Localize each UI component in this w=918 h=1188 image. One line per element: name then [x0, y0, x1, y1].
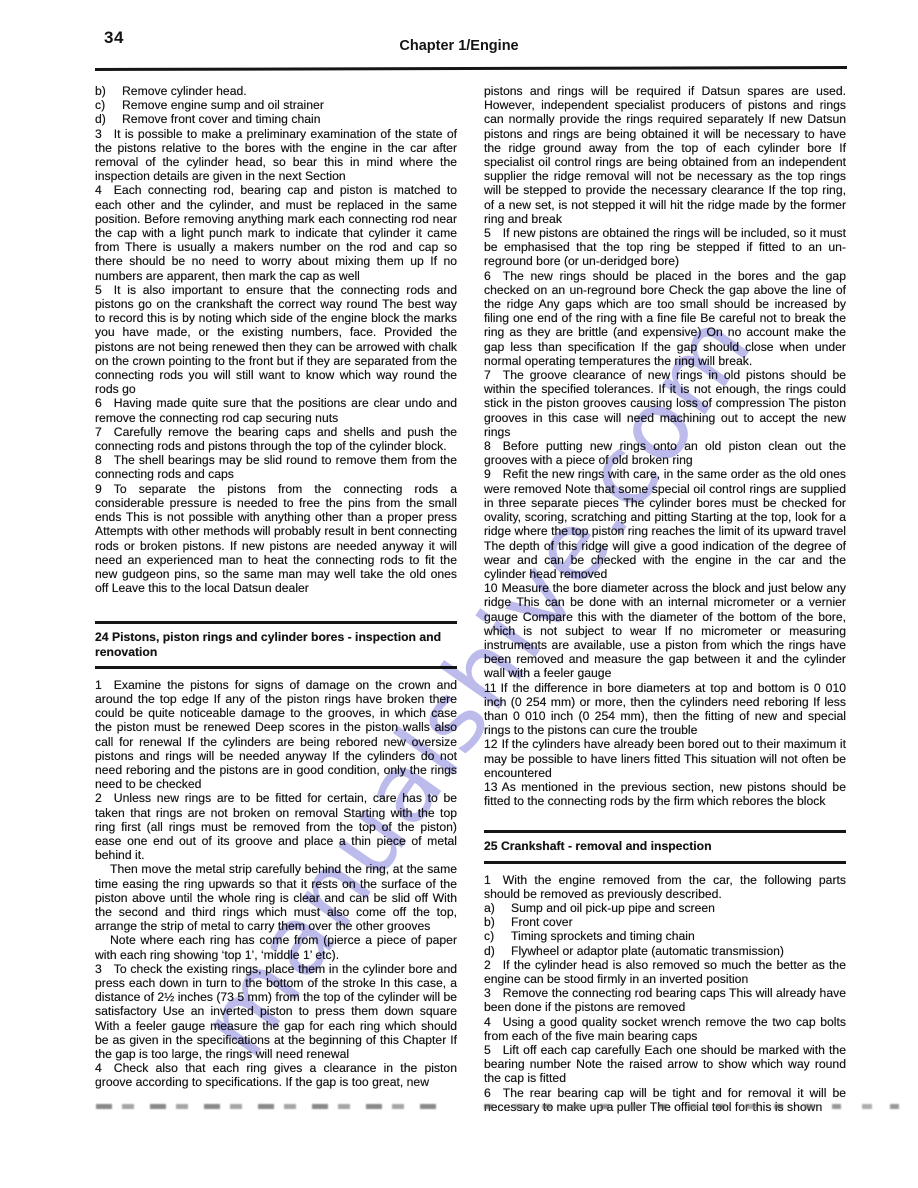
paragraph-text: 2Unless new rings are to be fitted for c…: [95, 791, 457, 862]
paragraph-text: 12If the cylinders have already been bor…: [484, 737, 846, 780]
paragraph: 4Using a good quality socket wrench remo…: [484, 1015, 846, 1043]
paragraph: 3Remove the connecting rod bearing caps …: [484, 986, 846, 1014]
list-item-label: c): [484, 929, 511, 943]
section-heading: 25 Crankshaft - removal and inspection: [484, 830, 846, 863]
paragraph-text: 8The shell bearings may be slid round to…: [95, 453, 457, 481]
paragraph-text: 3To check the existing rings, place them…: [95, 962, 457, 1061]
paragraph-text: 2If the cylinder head is also removed so…: [484, 958, 846, 986]
paragraph-number: 5: [484, 226, 491, 240]
paragraph: 11If the difference in bore diameters at…: [484, 681, 846, 738]
paragraph: 8Before putting new rings onto an old pi…: [484, 439, 846, 467]
paragraph-number: 5: [95, 283, 102, 297]
paragraph-continuation: Then move the metal strip carefully behi…: [95, 862, 457, 933]
paragraph-number: 2: [484, 958, 491, 972]
paragraph-number: 6: [95, 396, 102, 410]
paragraph: 6The new rings should be placed in the b…: [484, 269, 846, 368]
paragraph-number: 2: [95, 791, 102, 805]
list-item-label: b): [95, 84, 122, 98]
paragraph-text: pistons and rings will be required if Da…: [484, 84, 846, 226]
list-item-label: d): [95, 112, 122, 126]
paragraph-text: 1With the engine removed from the car, t…: [484, 873, 846, 901]
paragraph-text: 1Examine the pistons for signs of damage…: [95, 678, 457, 792]
paragraph-text: 4Check also that each ring gives a clear…: [95, 1061, 457, 1089]
lettered-list: b)Remove cylinder head.c)Remove engine s…: [95, 84, 457, 127]
paragraph-number: 4: [484, 1015, 491, 1029]
header-rule: [95, 66, 847, 71]
paragraph: 3To check the existing rings, place them…: [95, 962, 457, 1061]
list-item: c)Remove engine sump and oil strainer: [95, 98, 457, 112]
list-item-text: Sump and oil pick-up pipe and screen: [511, 901, 846, 915]
paragraph-number: 4: [95, 1061, 102, 1075]
paragraph: 9Refit the new rings with care, in the s…: [484, 467, 846, 581]
paragraph-number: 3: [95, 127, 102, 141]
paragraph-text: 10Measure the bore diameter across the b…: [484, 581, 846, 680]
section-heading: 24 Pistons, piston rings and cylinder bo…: [95, 621, 457, 668]
paragraph-number: 6: [484, 269, 491, 283]
paragraph-number: 1: [95, 678, 102, 692]
paragraph-text: 4Using a good quality socket wrench remo…: [484, 1015, 846, 1043]
paragraph-text: 7The groove clearance of new rings in ol…: [484, 368, 846, 439]
list-item: d)Flywheel or adaptor plate (automatic t…: [484, 944, 846, 958]
paragraph-number: 8: [484, 439, 491, 453]
paragraph-number: 4: [95, 183, 102, 197]
paragraph: 7The groove clearance of new rings in ol…: [484, 368, 846, 439]
paragraph: 6The rear bearing cap will be tight and …: [484, 1086, 846, 1114]
paragraph-continuation: Note where each ring has come from (pier…: [95, 933, 457, 961]
right-column: pistons and rings will be required if Da…: [484, 84, 846, 1114]
paragraph-text: 6The new rings should be placed in the b…: [484, 269, 846, 368]
paragraph-text: 9To separate the pistons from the connec…: [95, 482, 457, 596]
paragraph-text: 7Carefully remove the bearing caps and s…: [95, 425, 457, 453]
paragraph-text: 8Before putting new rings onto an old pi…: [484, 439, 846, 467]
paragraph: 5It is also important to ensure that the…: [95, 283, 457, 397]
paragraph-text: 13As mentioned in the previous section, …: [484, 780, 846, 808]
paragraph-number: 8: [95, 453, 102, 467]
list-item-text: Front cover: [511, 915, 846, 929]
paragraph: 5If new pistons are obtained the rings w…: [484, 226, 846, 269]
scan-artifact-right: [484, 1104, 908, 1109]
paragraph-text: 6The rear bearing cap will be tight and …: [484, 1086, 846, 1114]
list-item-text: Remove engine sump and oil strainer: [122, 98, 457, 112]
paragraph-text: 9Refit the new rings with care, in the s…: [484, 467, 846, 581]
paragraph-text: 5It is also important to ensure that the…: [95, 283, 457, 397]
paragraph: 8The shell bearings may be slid round to…: [95, 453, 457, 481]
paragraph-text: 11If the difference in bore diameters at…: [484, 681, 846, 738]
paragraph: 5Lift off each cap carefully Each one sh…: [484, 1043, 846, 1086]
paragraph: 2If the cylinder head is also removed so…: [484, 958, 846, 986]
paragraph-text: 5If new pistons are obtained the rings w…: [484, 226, 846, 269]
paragraph: 1Examine the pistons for signs of damage…: [95, 678, 457, 792]
paragraph: pistons and rings will be required if Da…: [484, 84, 846, 226]
paragraph-number: 3: [95, 962, 102, 976]
paragraph: 9To separate the pistons from the connec…: [95, 482, 457, 596]
paragraph: 13As mentioned in the previous section, …: [484, 780, 846, 808]
paragraph: 10Measure the bore diameter across the b…: [484, 581, 846, 680]
chapter-header: Chapter 1/Engine: [0, 38, 918, 54]
list-item-text: Remove cylinder head.: [122, 84, 457, 98]
paragraph-text: 4Each connecting rod, bearing cap and pi…: [95, 183, 457, 282]
list-item: d)Remove front cover and timing chain: [95, 112, 457, 126]
paragraph-number: 1: [484, 873, 491, 887]
list-item-label: a): [484, 901, 511, 915]
list-item: a)Sump and oil pick-up pipe and screen: [484, 901, 846, 915]
paragraph-number: 13: [484, 780, 498, 794]
paragraph: 12If the cylinders have already been bor…: [484, 737, 846, 780]
paragraph-text: 3Remove the connecting rod bearing caps …: [484, 986, 846, 1014]
list-item-text: Remove front cover and timing chain: [122, 112, 457, 126]
list-item: b)Front cover: [484, 915, 846, 929]
paragraph-number: 6: [484, 1086, 491, 1100]
paragraph-number: 10: [484, 581, 498, 595]
paragraph-text: 5Lift off each cap carefully Each one sh…: [484, 1043, 846, 1086]
paragraph: 7Carefully remove the bearing caps and s…: [95, 425, 457, 453]
list-item-label: c): [95, 98, 122, 112]
paragraph-number: 7: [95, 425, 102, 439]
list-item: b)Remove cylinder head.: [95, 84, 457, 98]
list-item: c)Timing sprockets and timing chain: [484, 929, 846, 943]
list-item-label: d): [484, 944, 511, 958]
paragraph-text: 6Having made quite sure that the positio…: [95, 396, 457, 424]
paragraph-number: 11: [484, 681, 497, 695]
list-item-text: Flywheel or adaptor plate (automatic tra…: [511, 944, 846, 958]
paragraph-number: 12: [484, 737, 498, 751]
scan-artifact-left: [96, 1104, 441, 1109]
paragraph: 4Check also that each ring gives a clear…: [95, 1061, 457, 1089]
paragraph: 6Having made quite sure that the positio…: [95, 396, 457, 424]
paragraph: 3It is possible to make a preliminary ex…: [95, 127, 457, 184]
paragraph-number: 9: [484, 467, 491, 481]
list-item-label: b): [484, 915, 511, 929]
paragraph-number: 3: [484, 986, 491, 1000]
paragraph: 2Unless new rings are to be fitted for c…: [95, 791, 457, 961]
paragraph: 1With the engine removed from the car, t…: [484, 873, 846, 901]
lettered-list: a)Sump and oil pick-up pipe and screenb)…: [484, 901, 846, 958]
list-item-text: Timing sprockets and timing chain: [511, 929, 846, 943]
paragraph-number: 5: [484, 1043, 491, 1057]
paragraph: 4Each connecting rod, bearing cap and pi…: [95, 183, 457, 282]
paragraph-number: 9: [95, 482, 102, 496]
paragraph-number: 7: [484, 368, 491, 382]
paragraph-text: 3It is possible to make a preliminary ex…: [95, 127, 457, 184]
left-column: b)Remove cylinder head.c)Remove engine s…: [95, 84, 457, 1090]
